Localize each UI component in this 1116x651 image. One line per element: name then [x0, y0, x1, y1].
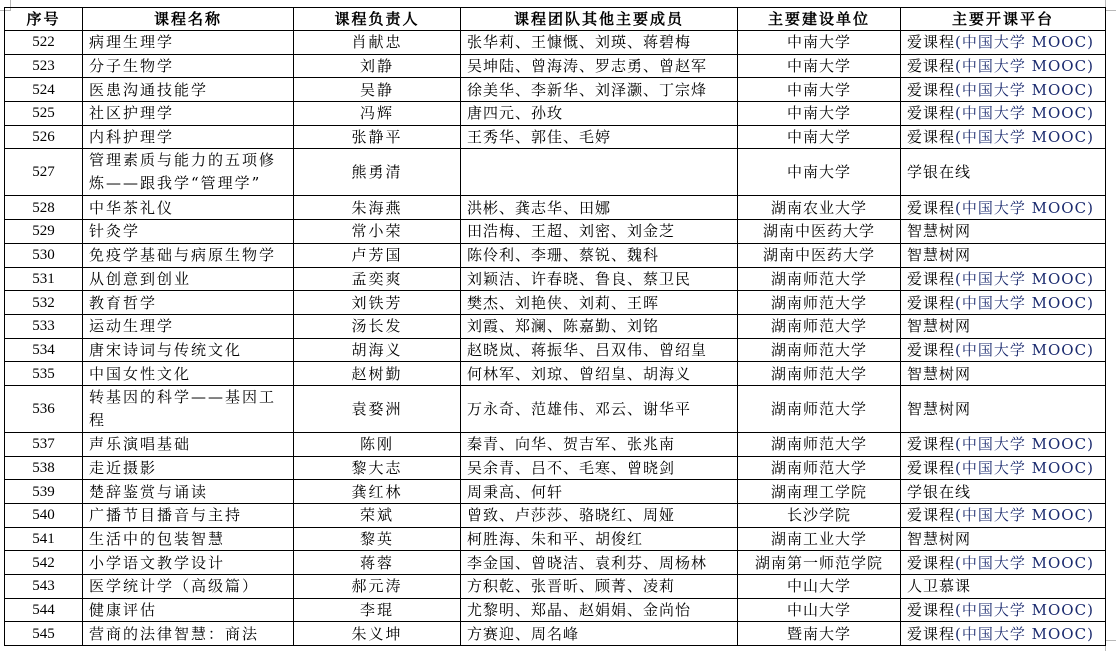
cell-course-lead: 张静平 [294, 125, 461, 149]
cell-course-name: 走近摄影 [83, 456, 294, 480]
cell-building-unit: 湖南中医药大学 [738, 220, 901, 244]
cell-course-lead: 陈刚 [294, 432, 461, 456]
cell-platform: 智慧树网 [901, 243, 1106, 267]
cell-course-name: 唐宋诗词与传统文化 [83, 338, 294, 362]
cell-course-lead: 蒋蓉 [294, 551, 461, 575]
cell-team-members: 何林军、刘琼、曾绍皇、胡海义 [461, 362, 738, 386]
cell-platform: 爱课程(中国大学 MOOC) [901, 125, 1106, 149]
cell-serial-number: 527 [5, 149, 83, 196]
cell-course-name: 小学语文教学设计 [83, 551, 294, 575]
cell-team-members: 樊杰、刘艳侠、刘莉、王晖 [461, 291, 738, 315]
cell-course-name: 内科护理学 [83, 125, 294, 149]
cell-platform: 爱课程(中国大学 MOOC) [901, 504, 1106, 528]
cell-course-lead: 卢芳国 [294, 243, 461, 267]
cell-platform: 爱课程(中国大学 MOOC) [901, 622, 1106, 646]
cell-course-lead: 龚红林 [294, 480, 461, 504]
table-row: 529针灸学常小荣田浩梅、王超、刘密、刘金芝湖南中医药大学智慧树网 [5, 220, 1106, 244]
table-row: 528中华茶礼仪朱海燕洪彬、龚志华、田娜湖南农业大学爱课程(中国大学 MOOC) [5, 196, 1106, 220]
cell-course-lead: 熊勇清 [294, 149, 461, 196]
header-course-lead: 课程负责人 [294, 8, 461, 31]
table-row: 534唐宋诗词与传统文化胡海义赵晓岚、蒋振华、吕双伟、曾绍皇湖南师范大学爱课程(… [5, 338, 1106, 362]
cell-building-unit: 湖南理工学院 [738, 480, 901, 504]
cell-team-members: 曾致、卢莎莎、骆晓红、周娅 [461, 504, 738, 528]
cell-building-unit: 湖南农业大学 [738, 196, 901, 220]
table-row: 533运动生理学汤长发刘霞、郑澜、陈嘉勤、刘铭湖南师范大学智慧树网 [5, 314, 1106, 338]
cell-team-members: 赵晓岚、蒋振华、吕双伟、曾绍皇 [461, 338, 738, 362]
cell-team-members: 尤黎明、郑晶、赵娟娟、金尚怡 [461, 598, 738, 622]
cell-serial-number: 537 [5, 432, 83, 456]
cell-course-lead: 黎英 [294, 527, 461, 551]
cell-platform: 爱课程(中国大学 MOOC) [901, 78, 1106, 102]
platform-mooc-suffix: (中国大学 MOOC) [955, 554, 1094, 572]
cell-course-lead: 冯辉 [294, 102, 461, 126]
cell-team-members: 周秉高、何轩 [461, 480, 738, 504]
cell-team-members: 田浩梅、王超、刘密、刘金芝 [461, 220, 738, 244]
platform-mooc-suffix: (中国大学 MOOC) [955, 435, 1094, 453]
table-row: 537声乐演唱基础陈刚秦青、向华、贺吉军、张兆南湖南师范大学爱课程(中国大学 M… [5, 432, 1106, 456]
cell-building-unit: 中南大学 [738, 54, 901, 78]
table-row: 523分子生物学刘静吴坤陆、曾海涛、罗志勇、曾赵军中南大学爱课程(中国大学 MO… [5, 54, 1106, 78]
cell-platform: 人卫慕课 [901, 575, 1106, 599]
cell-building-unit: 湖南师范大学 [738, 432, 901, 456]
cell-platform: 爱课程(中国大学 MOOC) [901, 598, 1106, 622]
cell-building-unit: 湖南师范大学 [738, 385, 901, 432]
cell-team-members: 李金国、曾晓洁、袁利芬、周杨林 [461, 551, 738, 575]
platform-mooc-suffix: (中国大学 MOOC) [955, 459, 1094, 477]
header-platform: 主要开课平台 [901, 8, 1106, 31]
header-team-members: 课程团队其他主要成员 [461, 8, 738, 31]
table-row: 545营商的法律智慧：商法朱义坤方赛迎、周名峰暨南大学爱课程(中国大学 MOOC… [5, 622, 1106, 646]
table-row: 542小学语文教学设计蒋蓉李金国、曾晓洁、袁利芬、周杨林湖南第一师范学院爱课程(… [5, 551, 1106, 575]
cell-course-lead: 刘静 [294, 54, 461, 78]
cell-course-lead: 郝元涛 [294, 575, 461, 599]
cell-course-name: 生活中的包装智慧 [83, 527, 294, 551]
cell-platform: 智慧树网 [901, 527, 1106, 551]
cell-platform: 爱课程(中国大学 MOOC) [901, 102, 1106, 126]
cell-course-lead: 朱海燕 [294, 196, 461, 220]
cell-course-name: 管理素质与能力的五项修炼——跟我学“管理学” [83, 149, 294, 196]
table-row: 540广播节目播音与主持荣斌曾致、卢莎莎、骆晓红、周娅长沙学院爱课程(中国大学 … [5, 504, 1106, 528]
cell-serial-number: 536 [5, 385, 83, 432]
cell-course-lead: 荣斌 [294, 504, 461, 528]
cell-course-name: 病理生理学 [83, 31, 294, 55]
cell-course-lead: 孟奕爽 [294, 267, 461, 291]
cell-platform: 爱课程(中国大学 MOOC) [901, 267, 1106, 291]
page-corner-mark-top-right [1105, 0, 1116, 11]
cell-team-members: 柯胜海、朱和平、胡俊红 [461, 527, 738, 551]
cell-course-name: 中华茶礼仪 [83, 196, 294, 220]
cell-serial-number: 544 [5, 598, 83, 622]
cell-platform: 智慧树网 [901, 314, 1106, 338]
header-course-name: 课程名称 [83, 8, 294, 31]
cell-team-members: 秦青、向华、贺吉军、张兆南 [461, 432, 738, 456]
cell-course-name: 免疫学基础与病原生物学 [83, 243, 294, 267]
table-row: 525社区护理学冯辉唐四元、孙玫中南大学爱课程(中国大学 MOOC) [5, 102, 1106, 126]
cell-building-unit: 中南大学 [738, 149, 901, 196]
cell-building-unit: 长沙学院 [738, 504, 901, 528]
table-row: 526内科护理学张静平王秀华、郭佳、毛婷中南大学爱课程(中国大学 MOOC) [5, 125, 1106, 149]
cell-team-members: 陈伶利、李珊、蔡锐、魏科 [461, 243, 738, 267]
table-body: 522病理生理学肖献忠张华莉、王慷慨、刘瑛、蒋碧梅中南大学爱课程(中国大学 MO… [5, 31, 1106, 646]
table-row: 544健康评估李琨尤黎明、郑晶、赵娟娟、金尚怡中山大学爱课程(中国大学 MOOC… [5, 598, 1106, 622]
cell-course-lead: 赵树勤 [294, 362, 461, 386]
cell-serial-number: 526 [5, 125, 83, 149]
cell-course-lead: 胡海义 [294, 338, 461, 362]
cell-building-unit: 中南大学 [738, 31, 901, 55]
cell-team-members: 万永奇、范雄伟、邓云、谢华平 [461, 385, 738, 432]
cell-serial-number: 540 [5, 504, 83, 528]
cell-course-lead: 肖献忠 [294, 31, 461, 55]
cell-building-unit: 湖南第一师范学院 [738, 551, 901, 575]
cell-course-name: 中国女性文化 [83, 362, 294, 386]
platform-mooc-suffix: (中国大学 MOOC) [955, 104, 1094, 122]
cell-platform: 学银在线 [901, 149, 1106, 196]
cell-team-members [461, 149, 738, 196]
cell-course-name: 健康评估 [83, 598, 294, 622]
table-row: 535中国女性文化赵树勤何林军、刘琼、曾绍皇、胡海义湖南师范大学智慧树网 [5, 362, 1106, 386]
cell-course-name: 广播节目播音与主持 [83, 504, 294, 528]
platform-mooc-suffix: (中国大学 MOOC) [955, 625, 1094, 643]
cell-platform: 爱课程(中国大学 MOOC) [901, 432, 1106, 456]
platform-mooc-suffix: (中国大学 MOOC) [955, 33, 1094, 51]
cell-platform: 智慧树网 [901, 220, 1106, 244]
cell-serial-number: 532 [5, 291, 83, 315]
cell-serial-number: 534 [5, 338, 83, 362]
cell-serial-number: 533 [5, 314, 83, 338]
platform-mooc-suffix: (中国大学 MOOC) [955, 294, 1094, 312]
table-row: 531从创意到创业孟奕爽刘颖洁、许春晓、鲁良、蔡卫民湖南师范大学爱课程(中国大学… [5, 267, 1106, 291]
cell-course-lead: 朱义坤 [294, 622, 461, 646]
cell-platform: 爱课程(中国大学 MOOC) [901, 196, 1106, 220]
table-row: 530免疫学基础与病原生物学卢芳国陈伶利、李珊、蔡锐、魏科湖南中医药大学智慧树网 [5, 243, 1106, 267]
table-header-row: 序号 课程名称 课程负责人 课程团队其他主要成员 主要建设单位 主要开课平台 [5, 8, 1106, 31]
cell-course-name: 声乐演唱基础 [83, 432, 294, 456]
cell-serial-number: 535 [5, 362, 83, 386]
cell-team-members: 方赛迎、周名峰 [461, 622, 738, 646]
cell-course-name: 楚辞鉴赏与诵读 [83, 480, 294, 504]
platform-mooc-suffix: (中国大学 MOOC) [955, 81, 1094, 99]
cell-building-unit: 湖南师范大学 [738, 314, 901, 338]
platform-mooc-suffix: (中国大学 MOOC) [955, 199, 1094, 217]
cell-course-lead: 黎大志 [294, 456, 461, 480]
cell-team-members: 唐四元、孙玫 [461, 102, 738, 126]
cell-serial-number: 538 [5, 456, 83, 480]
table-row: 524医患沟通技能学吴静徐美华、李新华、刘泽灏、丁宗烽中南大学爱课程(中国大学 … [5, 78, 1106, 102]
cell-platform: 爱课程(中国大学 MOOC) [901, 456, 1106, 480]
cell-course-lead: 李琨 [294, 598, 461, 622]
cell-course-name: 社区护理学 [83, 102, 294, 126]
cell-building-unit: 湖南工业大学 [738, 527, 901, 551]
cell-platform: 学银在线 [901, 480, 1106, 504]
cell-serial-number: 528 [5, 196, 83, 220]
cell-serial-number: 541 [5, 527, 83, 551]
cell-platform: 爱课程(中国大学 MOOC) [901, 54, 1106, 78]
cell-team-members: 吴余青、吕不、毛寒、曾晓剑 [461, 456, 738, 480]
cell-building-unit: 中山大学 [738, 575, 901, 599]
cell-serial-number: 525 [5, 102, 83, 126]
course-list-table: 序号 课程名称 课程负责人 课程团队其他主要成员 主要建设单位 主要开课平台 5… [4, 7, 1106, 646]
header-serial-number: 序号 [5, 8, 83, 31]
cell-course-name: 从创意到创业 [83, 267, 294, 291]
cell-serial-number: 522 [5, 31, 83, 55]
table-row: 543医学统计学（高级篇）郝元涛方积乾、张晋昕、顾菁、凌莉中山大学人卫慕课 [5, 575, 1106, 599]
cell-platform: 智慧树网 [901, 362, 1106, 386]
cell-team-members: 方积乾、张晋昕、顾菁、凌莉 [461, 575, 738, 599]
cell-serial-number: 530 [5, 243, 83, 267]
cell-course-lead: 刘铁芳 [294, 291, 461, 315]
cell-serial-number: 524 [5, 78, 83, 102]
cell-serial-number: 543 [5, 575, 83, 599]
cell-building-unit: 湖南中医药大学 [738, 243, 901, 267]
cell-serial-number: 531 [5, 267, 83, 291]
platform-mooc-suffix: (中国大学 MOOC) [955, 506, 1094, 524]
cell-course-name: 营商的法律智慧：商法 [83, 622, 294, 646]
cell-building-unit: 湖南师范大学 [738, 291, 901, 315]
cell-course-lead: 汤长发 [294, 314, 461, 338]
cell-team-members: 刘颖洁、许春晓、鲁良、蔡卫民 [461, 267, 738, 291]
cell-course-name: 分子生物学 [83, 54, 294, 78]
cell-building-unit: 湖南师范大学 [738, 362, 901, 386]
cell-team-members: 洪彬、龚志华、田娜 [461, 196, 738, 220]
cell-team-members: 徐美华、李新华、刘泽灏、丁宗烽 [461, 78, 738, 102]
table-row: 536转基因的科学——基因工程袁婺洲万永奇、范雄伟、邓云、谢华平湖南师范大学智慧… [5, 385, 1106, 432]
cell-building-unit: 中南大学 [738, 125, 901, 149]
cell-platform: 爱课程(中国大学 MOOC) [901, 551, 1106, 575]
table-row: 539楚辞鉴赏与诵读龚红林周秉高、何轩湖南理工学院学银在线 [5, 480, 1106, 504]
page-corner-mark-bottom-right [1105, 640, 1116, 651]
cell-team-members: 王秀华、郭佳、毛婷 [461, 125, 738, 149]
cell-team-members: 吴坤陆、曾海涛、罗志勇、曾赵军 [461, 54, 738, 78]
platform-mooc-suffix: (中国大学 MOOC) [955, 57, 1094, 75]
cell-platform: 智慧树网 [901, 385, 1106, 432]
platform-mooc-suffix: (中国大学 MOOC) [955, 270, 1094, 288]
cell-course-name: 医学统计学（高级篇） [83, 575, 294, 599]
cell-building-unit: 暨南大学 [738, 622, 901, 646]
platform-mooc-suffix: (中国大学 MOOC) [955, 341, 1094, 359]
cell-building-unit: 湖南师范大学 [738, 267, 901, 291]
cell-building-unit: 湖南师范大学 [738, 456, 901, 480]
table-row: 527管理素质与能力的五项修炼——跟我学“管理学”熊勇清中南大学学银在线 [5, 149, 1106, 196]
platform-mooc-suffix: (中国大学 MOOC) [955, 601, 1094, 619]
cell-serial-number: 529 [5, 220, 83, 244]
cell-serial-number: 545 [5, 622, 83, 646]
cell-building-unit: 中南大学 [738, 78, 901, 102]
cell-course-name: 针灸学 [83, 220, 294, 244]
cell-course-lead: 常小荣 [294, 220, 461, 244]
table-row: 532教育哲学刘铁芳樊杰、刘艳侠、刘莉、王晖湖南师范大学爱课程(中国大学 MOO… [5, 291, 1106, 315]
cell-platform: 爱课程(中国大学 MOOC) [901, 31, 1106, 55]
cell-course-lead: 吴静 [294, 78, 461, 102]
cell-team-members: 刘霞、郑澜、陈嘉勤、刘铭 [461, 314, 738, 338]
cell-course-name: 转基因的科学——基因工程 [83, 385, 294, 432]
table-row: 522病理生理学肖献忠张华莉、王慷慨、刘瑛、蒋碧梅中南大学爱课程(中国大学 MO… [5, 31, 1106, 55]
cell-building-unit: 湖南师范大学 [738, 338, 901, 362]
cell-platform: 爱课程(中国大学 MOOC) [901, 338, 1106, 362]
header-building-unit: 主要建设单位 [738, 8, 901, 31]
cell-course-name: 运动生理学 [83, 314, 294, 338]
cell-platform: 爱课程(中国大学 MOOC) [901, 291, 1106, 315]
table-row: 541生活中的包装智慧黎英柯胜海、朱和平、胡俊红湖南工业大学智慧树网 [5, 527, 1106, 551]
cell-team-members: 张华莉、王慷慨、刘瑛、蒋碧梅 [461, 31, 738, 55]
cell-serial-number: 539 [5, 480, 83, 504]
cell-course-name: 医患沟通技能学 [83, 78, 294, 102]
platform-mooc-suffix: (中国大学 MOOC) [955, 128, 1094, 146]
cell-serial-number: 523 [5, 54, 83, 78]
cell-building-unit: 中山大学 [738, 598, 901, 622]
table-row: 538走近摄影黎大志吴余青、吕不、毛寒、曾晓剑湖南师范大学爱课程(中国大学 MO… [5, 456, 1106, 480]
cell-serial-number: 542 [5, 551, 83, 575]
cell-building-unit: 中南大学 [738, 102, 901, 126]
cell-course-lead: 袁婺洲 [294, 385, 461, 432]
cell-course-name: 教育哲学 [83, 291, 294, 315]
